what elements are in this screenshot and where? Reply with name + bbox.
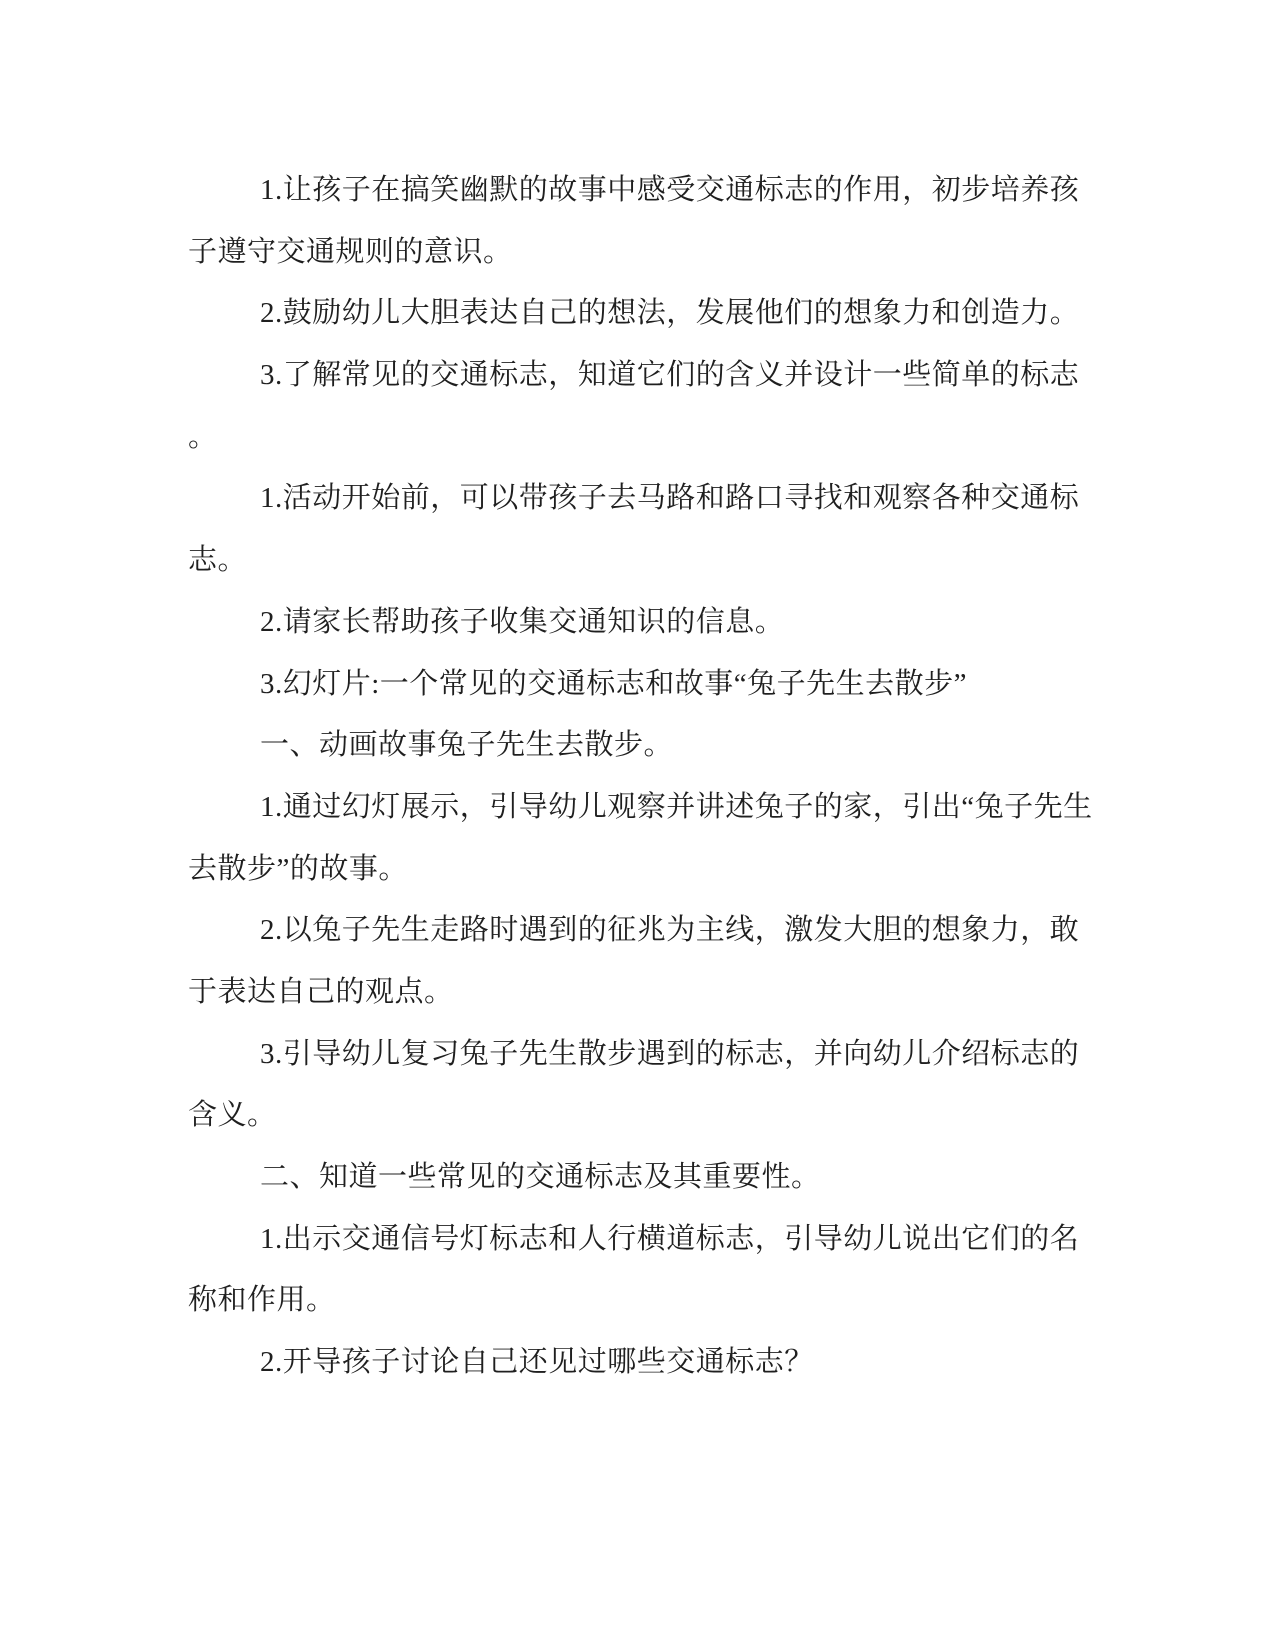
paragraph: 1.活动开始前，可以带孩子去马路和路口寻找和观察各种交通标志。 — [188, 468, 1088, 591]
text-line: 1.出示交通信号灯标志和人行横道标志，引导幼儿说出它们的名 — [188, 1209, 1088, 1271]
paragraph: 1.通过幻灯展示，引导幼儿观察并讲述兔子的家，引出“兔子先生去散步”的故事。 — [188, 777, 1088, 900]
paragraph: 2.开导孩子讨论自己还见过哪些交通标志？ — [188, 1332, 1088, 1394]
text-line: 2.开导孩子讨论自己还见过哪些交通标志？ — [188, 1332, 1088, 1394]
text-line: 志。 — [188, 530, 1088, 592]
text-line: 。 — [188, 407, 1088, 469]
paragraph: 二、知道一些常见的交通标志及其重要性。 — [188, 1147, 1088, 1209]
text-line: 称和作用。 — [188, 1270, 1088, 1332]
text-line: 子遵守交通规则的意识。 — [188, 222, 1088, 284]
paragraph: 3.幻灯片:一个常见的交通标志和故事“兔子先生去散步” — [188, 654, 1088, 716]
paragraph: 1.出示交通信号灯标志和人行横道标志，引导幼儿说出它们的名称和作用。 — [188, 1209, 1088, 1332]
text-line: 3.幻灯片:一个常见的交通标志和故事“兔子先生去散步” — [188, 654, 1088, 716]
text-line: 2.请家长帮助孩子收集交通知识的信息。 — [188, 592, 1088, 654]
paragraph: 2.鼓励幼儿大胆表达自己的想法，发展他们的想象力和创造力。 — [188, 283, 1088, 345]
paragraph: 3.了解常见的交通标志，知道它们的含义并设计一些简单的标志。 — [188, 345, 1088, 468]
document-text-block: 1.让孩子在搞笑幽默的故事中感受交通标志的作用，初步培养孩子遵守交通规则的意识。… — [188, 160, 1088, 1394]
text-line: 1.通过幻灯展示，引导幼儿观察并讲述兔子的家，引出“兔子先生 — [188, 777, 1088, 839]
paragraph: 3.引导幼儿复习兔子先生散步遇到的标志，并向幼儿介绍标志的含义。 — [188, 1024, 1088, 1147]
text-line: 一、动画故事兔子先生去散步。 — [188, 715, 1088, 777]
text-line: 1.活动开始前，可以带孩子去马路和路口寻找和观察各种交通标 — [188, 468, 1088, 530]
text-line: 含义。 — [188, 1085, 1088, 1147]
document-page: 1.让孩子在搞笑幽默的故事中感受交通标志的作用，初步培养孩子遵守交通规则的意识。… — [0, 0, 1275, 1650]
text-line: 3.引导幼儿复习兔子先生散步遇到的标志，并向幼儿介绍标志的 — [188, 1024, 1088, 1086]
text-line: 于表达自己的观点。 — [188, 962, 1088, 1024]
paragraph: 1.让孩子在搞笑幽默的故事中感受交通标志的作用，初步培养孩子遵守交通规则的意识。 — [188, 160, 1088, 283]
paragraph: 2.以兔子先生走路时遇到的征兆为主线，激发大胆的想象力，敢于表达自己的观点。 — [188, 900, 1088, 1023]
text-line: 二、知道一些常见的交通标志及其重要性。 — [188, 1147, 1088, 1209]
text-line: 2.以兔子先生走路时遇到的征兆为主线，激发大胆的想象力，敢 — [188, 900, 1088, 962]
paragraph: 一、动画故事兔子先生去散步。 — [188, 715, 1088, 777]
text-line: 2.鼓励幼儿大胆表达自己的想法，发展他们的想象力和创造力。 — [188, 283, 1088, 345]
text-line: 去散步”的故事。 — [188, 839, 1088, 901]
text-line: 3.了解常见的交通标志，知道它们的含义并设计一些简单的标志 — [188, 345, 1088, 407]
paragraph: 2.请家长帮助孩子收集交通知识的信息。 — [188, 592, 1088, 654]
text-line: 1.让孩子在搞笑幽默的故事中感受交通标志的作用，初步培养孩 — [188, 160, 1088, 222]
